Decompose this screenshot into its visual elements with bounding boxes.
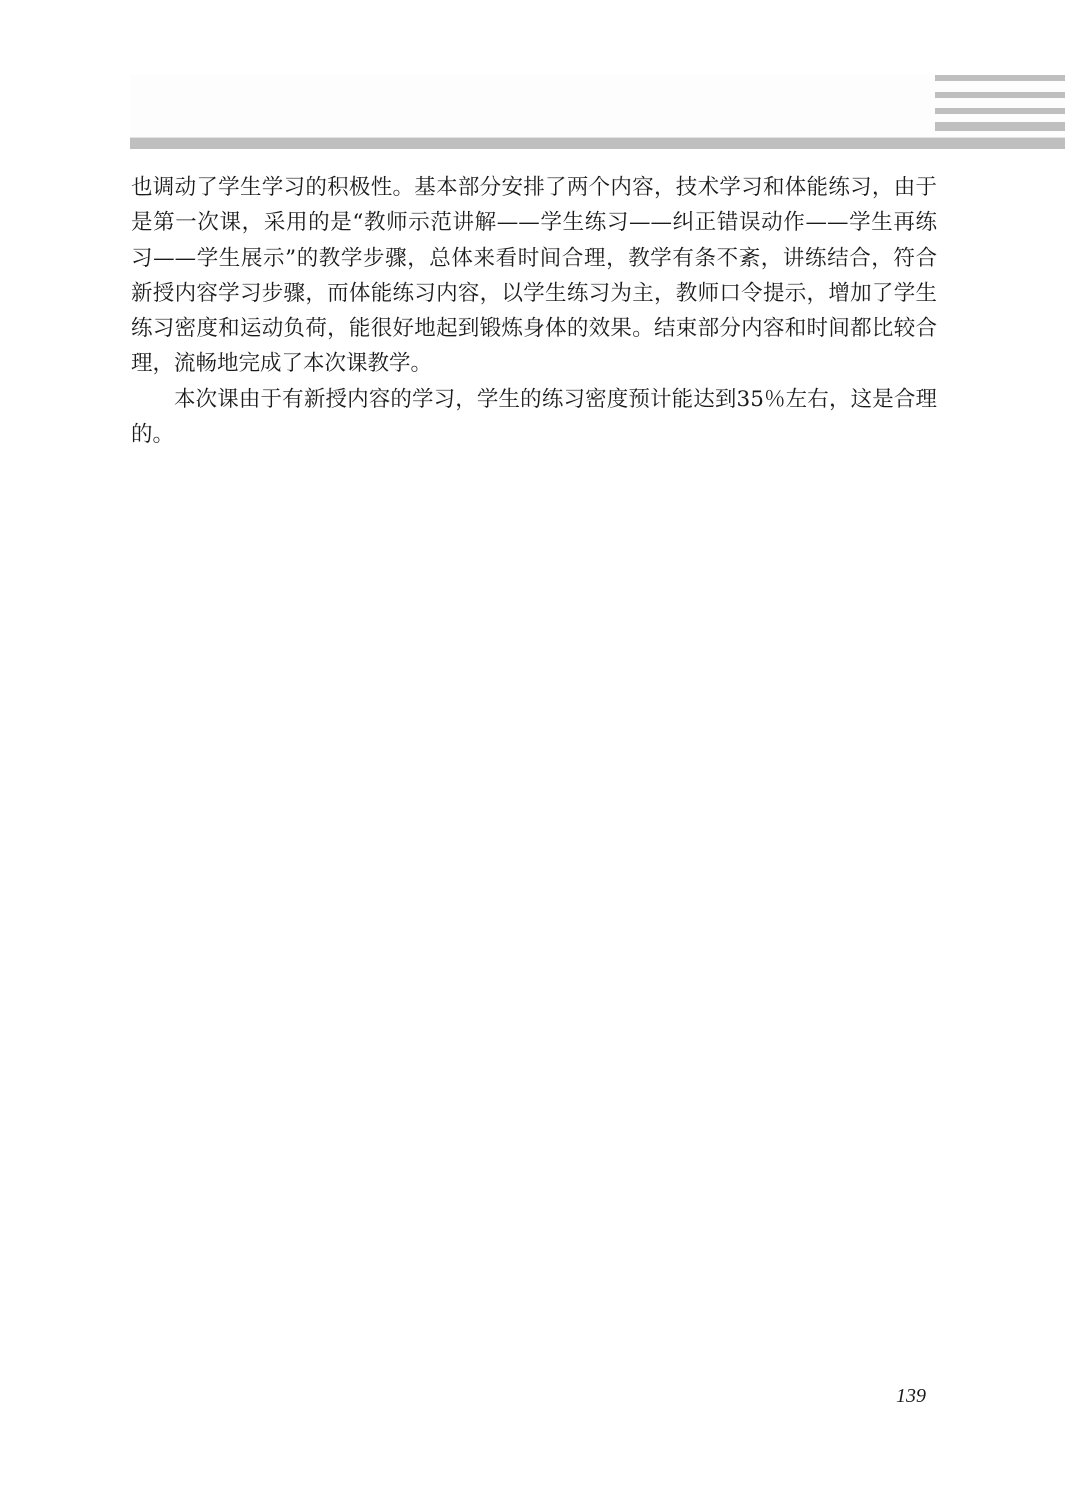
header-stripe: [935, 108, 1065, 114]
paragraph: 本次课由于有新授内容的学习，学生的练习密度预计能达到35％左右，这是合理的。: [131, 382, 937, 453]
header-stripe: [935, 75, 1065, 81]
header-stripe: [935, 92, 1065, 98]
paragraph: 也调动了学生学习的积极性。基本部分安排了两个内容，技术学习和体能练习，由于是第一…: [131, 170, 937, 382]
header-rule: [130, 137, 1065, 149]
body-text: 也调动了学生学习的积极性。基本部分安排了两个内容，技术学习和体能练习，由于是第一…: [131, 170, 937, 452]
header-stripe: [935, 122, 1065, 131]
header-band: [130, 75, 1065, 137]
page-number: 139: [896, 1385, 936, 1408]
